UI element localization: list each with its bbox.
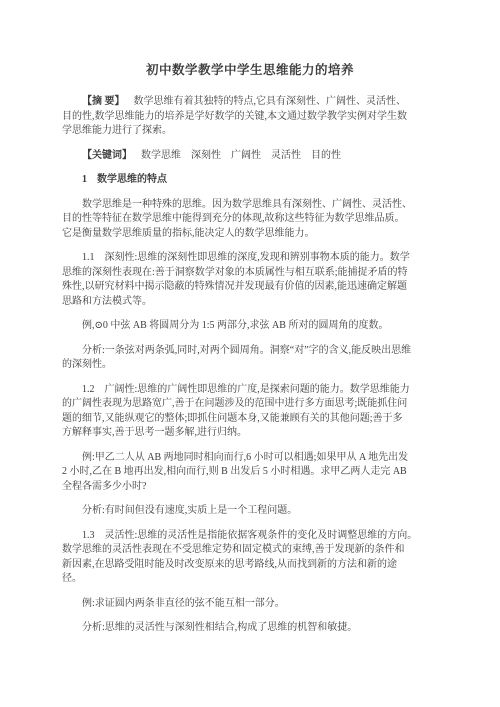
subsection-1-1-paragraph: 1.1 深刻性:思维的深刻性即思维的深度,发现和辨别事物本质的能力。数学 思维的… xyxy=(62,251,434,309)
subsection-1-2-analysis: 分析:有时间但没有速度,实质上是一个工程问题。 xyxy=(62,504,434,519)
subsection-1-3-paragraph: 1.3 灵活性:思维的灵活性是指能依据客观条件的变化及时调整思维的方向。 数学思… xyxy=(62,529,434,587)
keywords-label: 【关键词】 xyxy=(82,150,132,161)
subsection-1-2-paragraph: 1.2 广阔性:思维的广阔性即思维的广度,是探索问题的能力。数学思维能力 的广阔… xyxy=(62,383,434,441)
subsection-1-3-example: 例:求证圆内两条非直径的弦不能互相一部分。 xyxy=(62,597,434,612)
document-title: 初中数学教学中学生思维能力的培养 xyxy=(62,62,438,79)
keywords-paragraph: 【关键词】数学思维 深刻性 广阔性 灵活性 目的性 xyxy=(62,149,434,164)
document-page: 初中数学教学中学生思维能力的培养 【摘 要】数学思维有着其独特的特点,它具有深刻… xyxy=(0,0,500,707)
section-1-intro-paragraph: 数学思维是一种特殊的思维。因为数学思维具有深刻性、广阔性、灵活性、 目的性等特征… xyxy=(62,198,434,242)
subsection-1-1-example: 例,⊙0 中弦 AB 将圆周分为 1:5 两部分,求弦 AB 所对的圆周角的度数… xyxy=(62,319,434,334)
abstract-label: 【摘 要】 xyxy=(82,96,125,107)
subsection-1-1-analysis: 分析:一条弦对两条弧,同时,对两个圆周角。洞察“对”字的含义,能反映出思维 的深… xyxy=(62,344,434,373)
abstract-paragraph: 【摘 要】数学思维有着其独特的特点,它具有深刻性、广阔性、灵活性、 目的性,数学… xyxy=(62,95,434,139)
subsection-1-3-analysis: 分析:思维的灵活性与深刻性相结合,构成了思维的机智和敏捷。 xyxy=(62,621,434,636)
section-1-heading: 1 数学思维的特点 xyxy=(62,173,434,188)
keywords-list: 数学思维 深刻性 广阔性 灵活性 目的性 xyxy=(141,150,341,161)
subsection-1-2-example: 例:甲乙二人从 AB 两地同时相向而行,6 小时可以相遇;如果甲从 A 地先出发… xyxy=(62,451,434,495)
